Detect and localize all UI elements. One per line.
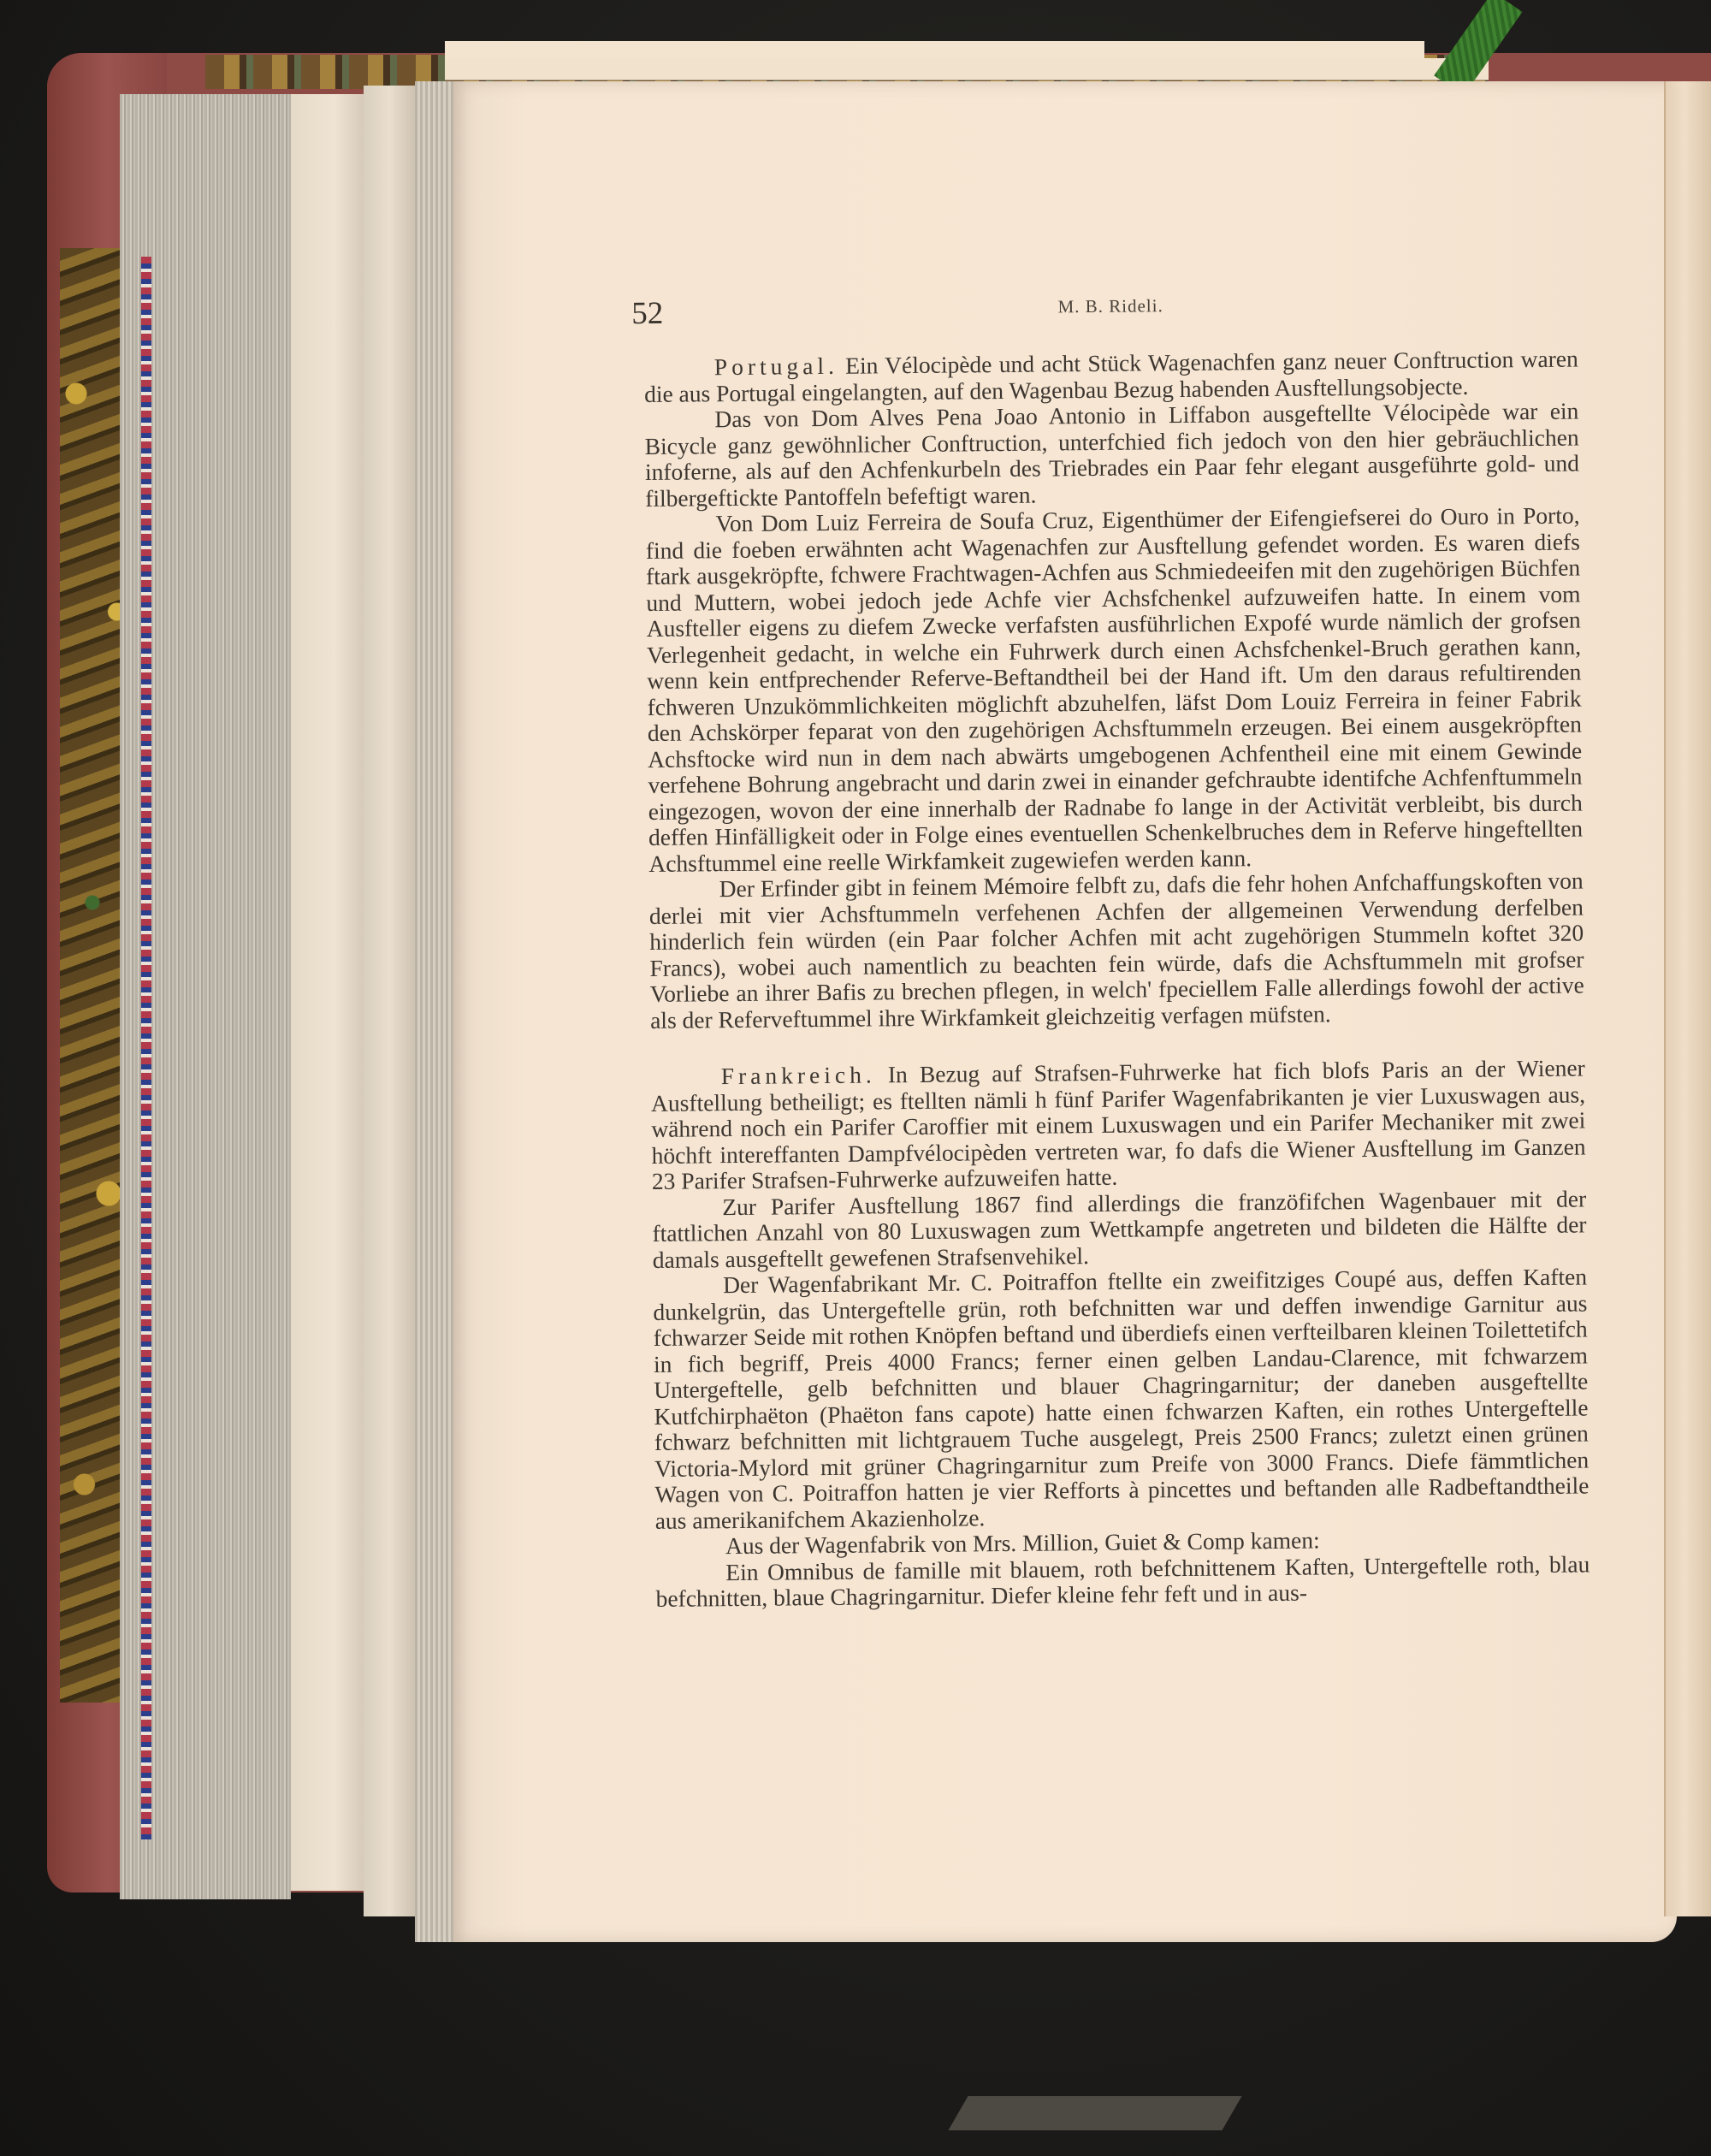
page-stack: [415, 81, 453, 1942]
headband: [141, 257, 151, 1839]
section-heading-frankreich: Frankreich.: [721, 1061, 876, 1089]
paragraph: Von Dom Luiz Ferreira de Soufa Cruz, Eig…: [645, 503, 1583, 877]
running-head: 52 M. B. Rideli.: [643, 287, 1578, 355]
paragraph: Zur Parifer Ausftellung 1867 find allerd…: [652, 1186, 1587, 1273]
running-head-author: M. B. Rideli.: [643, 292, 1578, 322]
section-heading-portugal: Portugal.: [714, 352, 838, 380]
paragraph: Ein Omnibus de famille mit blauem, roth …: [655, 1551, 1590, 1612]
book-gutter: [1664, 81, 1711, 1916]
paragraph: Der Wagenfabrikant Mr. C. Poitraffon fte…: [653, 1264, 1590, 1533]
page-stack: [364, 86, 415, 1916]
paragraph: Der Erfinder gibt in feinem Mémoire felb…: [649, 868, 1585, 1033]
page-shadow: [948, 2096, 1241, 2130]
page-text-block: 52 M. B. Rideli. Portugal. Ein Vélocipèd…: [643, 287, 1590, 1613]
loose-sheet: [445, 58, 1489, 80]
page-stack: [291, 94, 364, 1891]
paragraph: Das von Dom Alves Pena Joao Antonio in L…: [644, 399, 1579, 512]
paragraph-frankreich: Frankreich. In Bezug auf Strafsen-Fuhrwe…: [651, 1055, 1586, 1194]
